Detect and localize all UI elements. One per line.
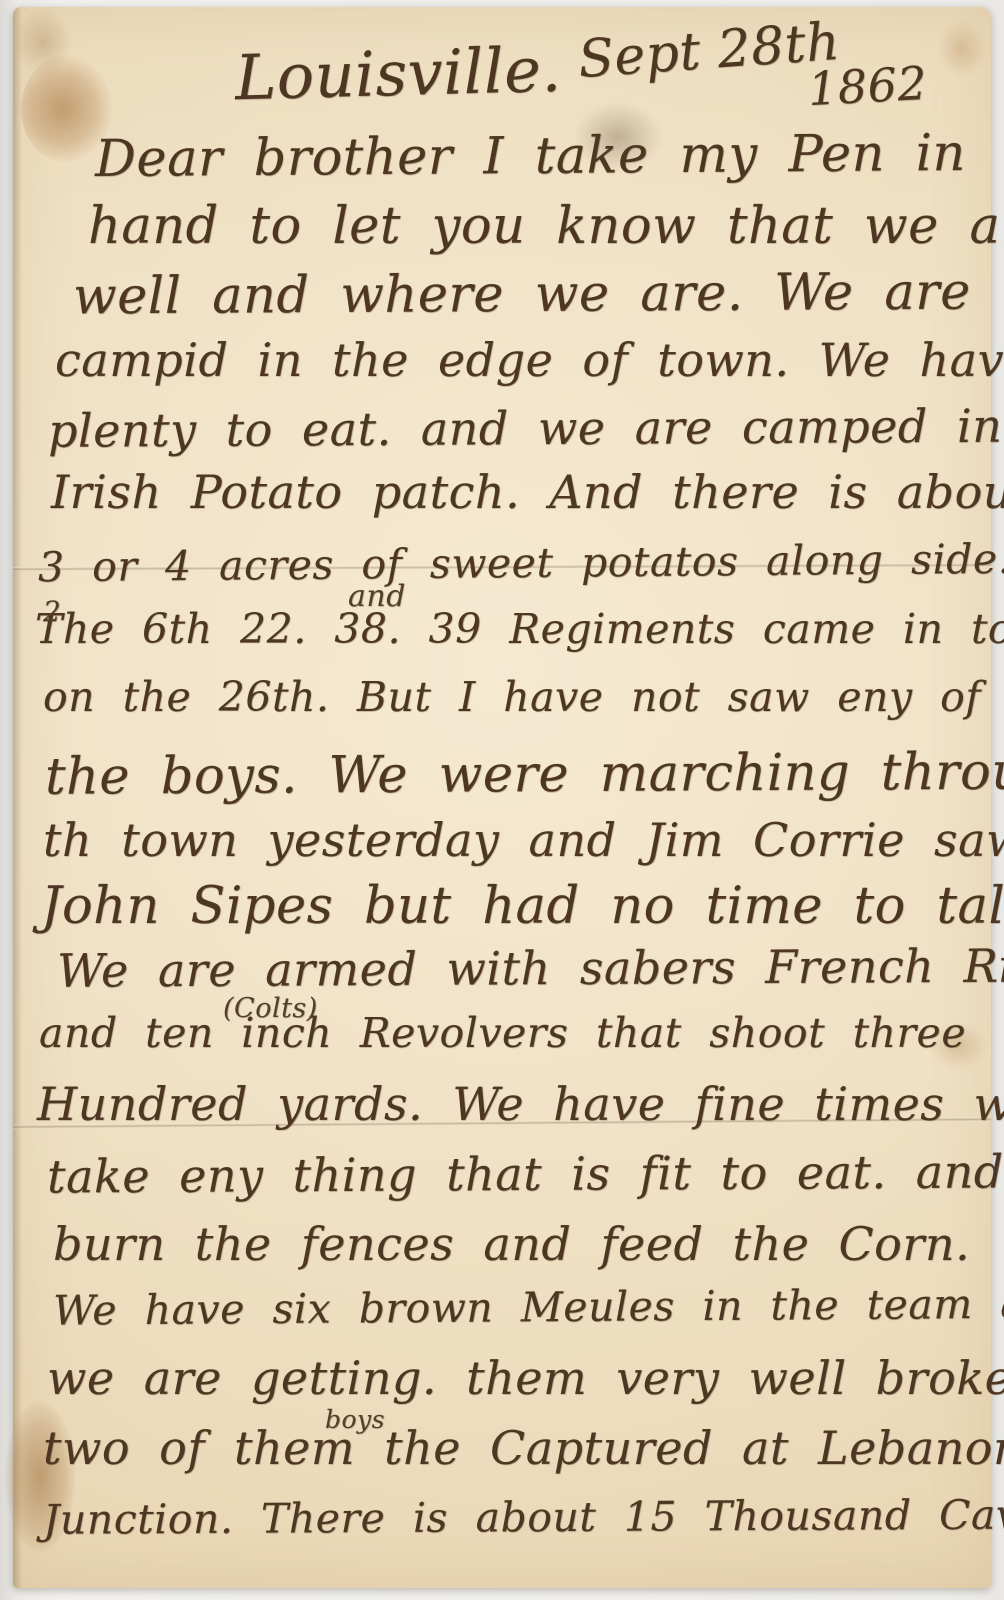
letter-date-year: 1862	[807, 56, 929, 116]
letter-line: two of them the Captured at Lebanon	[43, 1421, 1004, 1475]
letter-line: take eny thing that is fit to eat. and	[47, 1144, 1004, 1203]
letter-line: We are armed with sabers French Rifles	[57, 938, 1004, 997]
insertion-colts: (Colts)	[223, 993, 318, 1024]
stain	[938, 19, 986, 79]
paper-torn-edge	[13, 7, 22, 1588]
letter-line: and ten inch Revolvers that shoot three	[39, 1009, 966, 1057]
letter-date-day: Sept 28th	[576, 12, 842, 90]
letter-line: th town yesterday and Jim Corrie saw	[43, 813, 1004, 867]
insertion-boys: boys	[325, 1405, 385, 1434]
letter-line: Irish Potato patch. And there is about	[51, 465, 1004, 519]
letter-line: on the 26th. But I have not saw eny of	[43, 673, 981, 721]
scanner-bed: Louisville. Sept 28th 1862 Dear brother …	[0, 0, 1004, 1600]
letter-paper: Louisville. Sept 28th 1862 Dear brother …	[13, 7, 991, 1588]
letter-place: Louisville.	[234, 33, 562, 115]
letter-line: we are getting. them very well broke	[47, 1351, 1004, 1405]
letter-line: Hundred yards. We have fine times we	[37, 1077, 1004, 1131]
letter-line: plenty to eat. and we are camped in an	[48, 398, 1004, 457]
letter-line: burn the fences and feed the Corn.	[53, 1217, 970, 1271]
letter-line: 3 or 4 acres of sweet potatos along side…	[38, 535, 1004, 591]
letter-line: the boys. We were marching through	[45, 742, 1004, 806]
letter-line: The 6th 22. 38. 39 Regiments came in tow…	[35, 605, 1004, 653]
insertion-and: and	[348, 579, 406, 614]
letter-line: John Sipes but had no time to talk.	[41, 877, 1004, 936]
letter-line: hand to let you know that we are	[88, 197, 1004, 256]
stain	[13, 7, 73, 77]
letter-line: campid in the edge of town. We have	[55, 333, 1004, 387]
letter-line: Dear brother I take my Pen in	[95, 124, 966, 189]
insertion-figure-2: 2	[43, 595, 61, 628]
letter-line: well and where we are. We are	[73, 263, 971, 327]
letter-line: Junction. There is about 15 Thousand Cav…	[43, 1490, 1004, 1544]
letter-line: We have six brown Meules in the team and	[53, 1279, 1004, 1334]
